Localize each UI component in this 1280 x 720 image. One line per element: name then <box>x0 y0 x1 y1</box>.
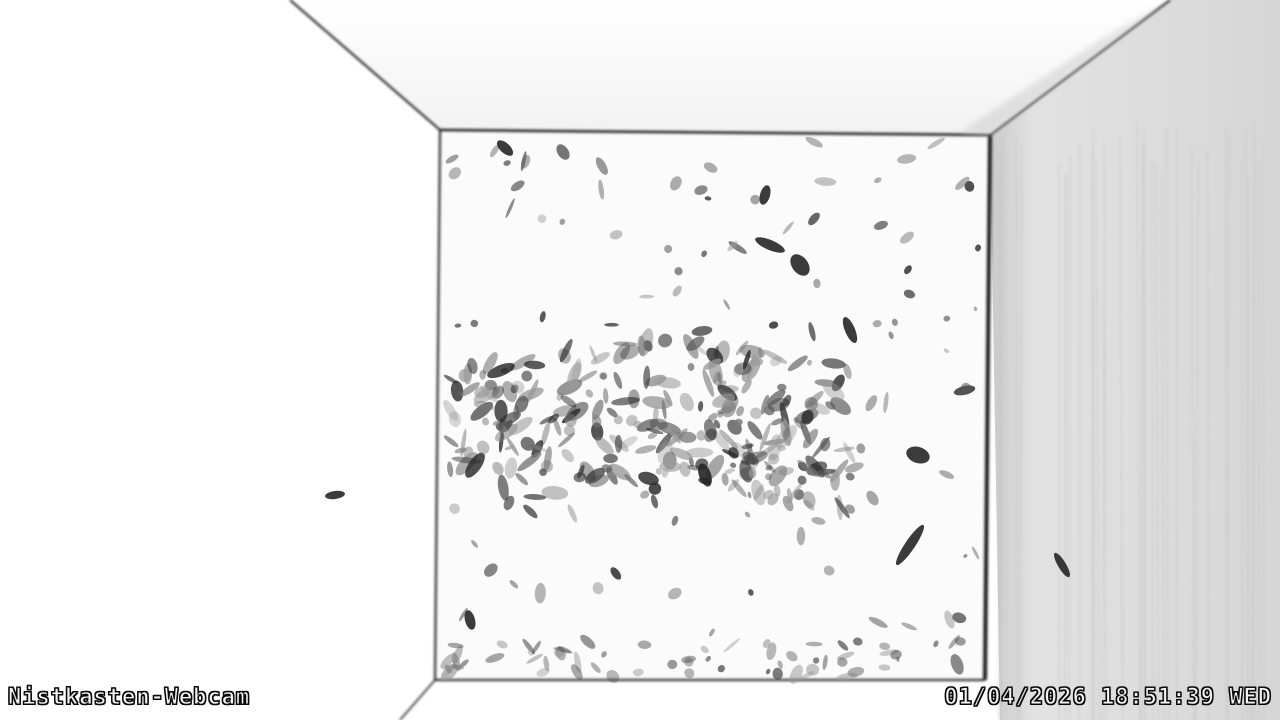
weekday-text: WED <box>1229 685 1272 710</box>
webcam-feed: Nistkasten-Webcam 01/04/2026 18:51:39 WE… <box>0 0 1280 720</box>
camera-title-overlay: Nistkasten-Webcam <box>8 685 250 710</box>
left-wall <box>0 0 440 720</box>
right-wall <box>990 0 1280 720</box>
timestamp-overlay: 01/04/2026 18:51:39 WED <box>944 685 1272 710</box>
date-text: 01/04/2026 <box>944 685 1086 710</box>
nest-box-image <box>0 0 1280 720</box>
time-text: 18:51:39 <box>1101 685 1215 710</box>
